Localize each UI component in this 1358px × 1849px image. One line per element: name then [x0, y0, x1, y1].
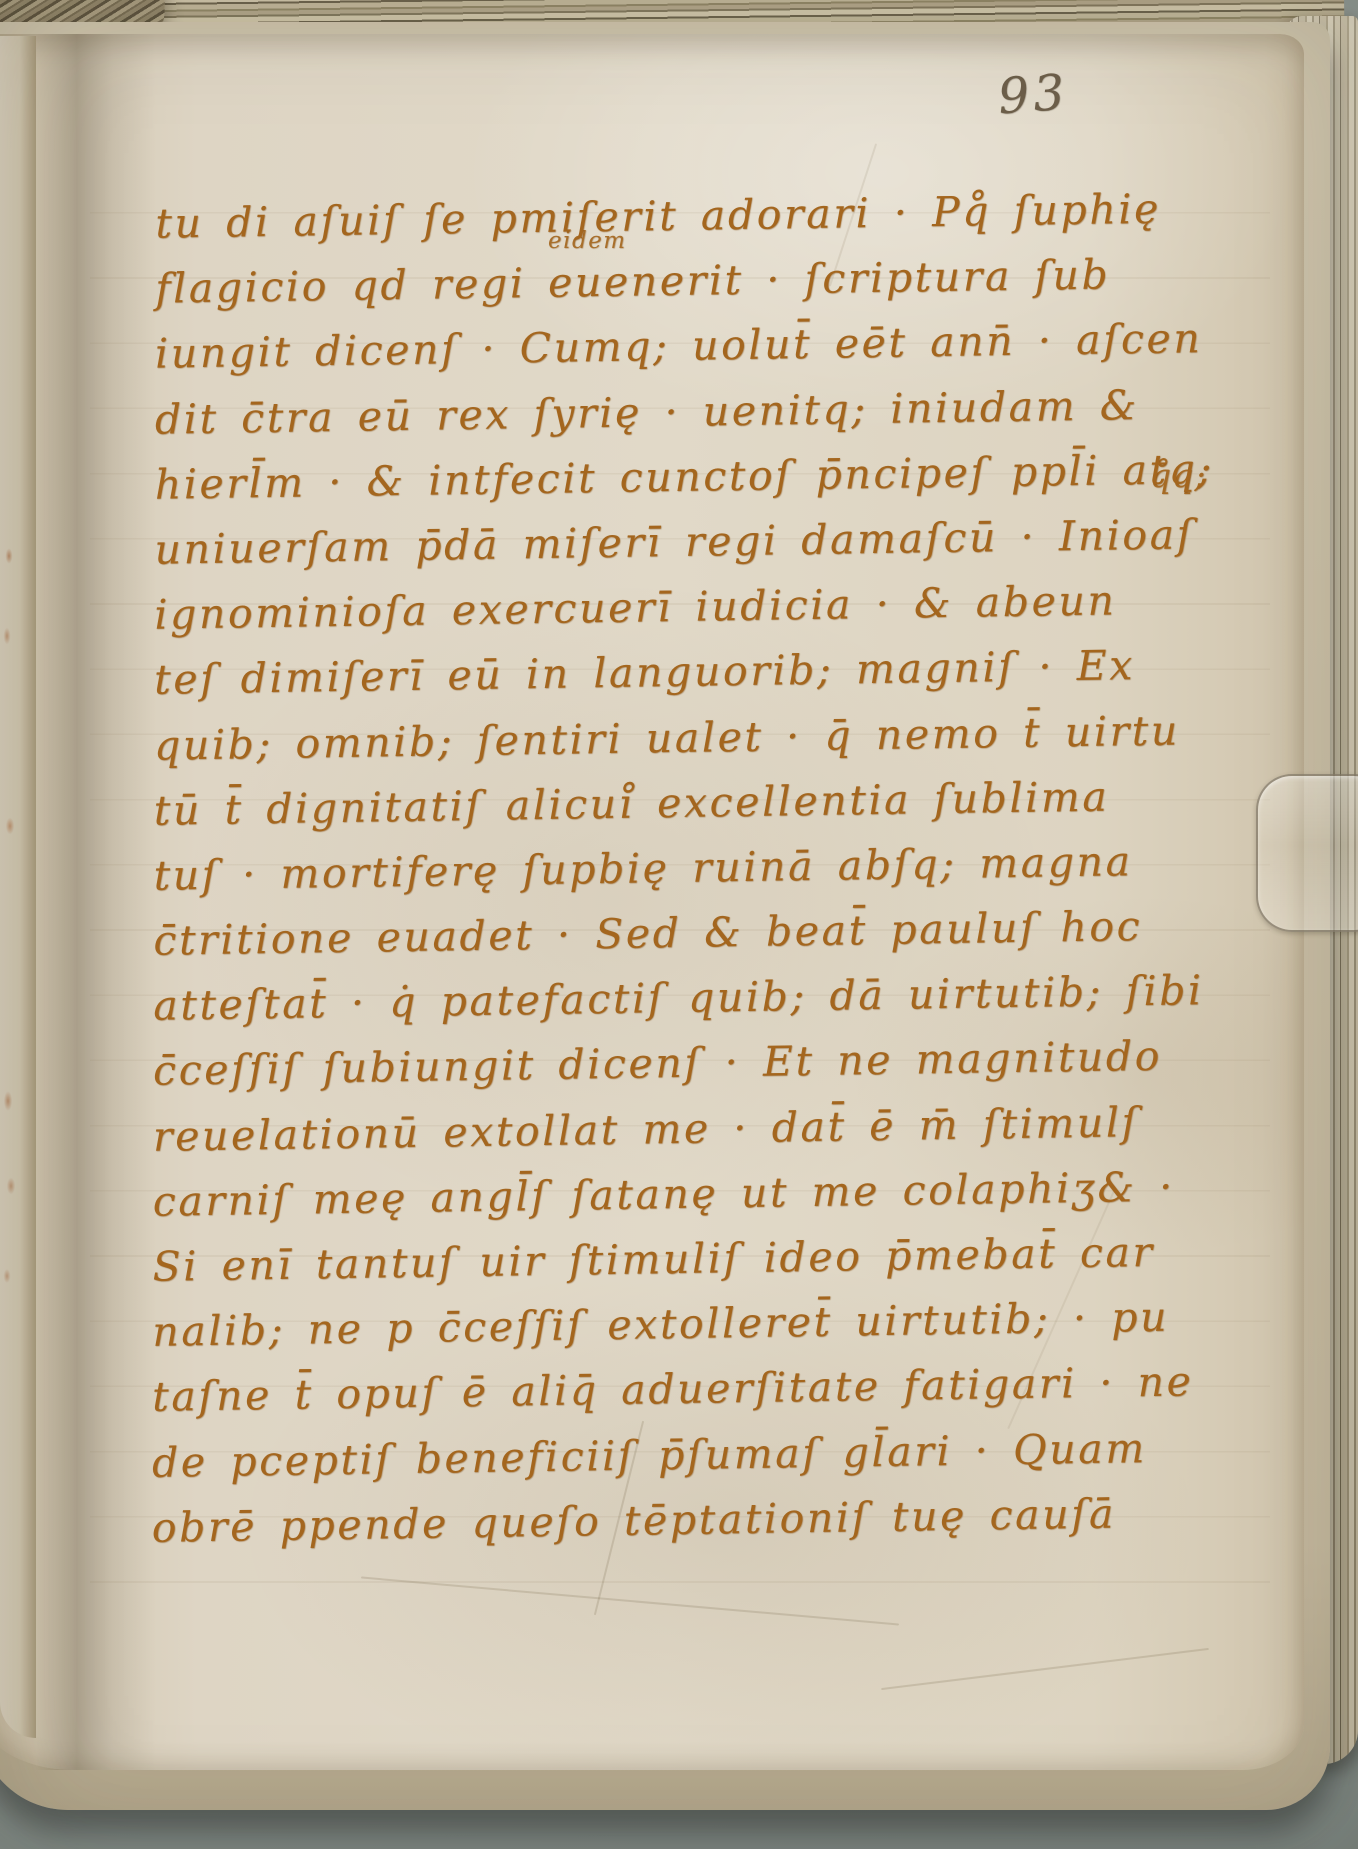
page-number: 93	[996, 64, 1070, 126]
manuscript-photo: 93 eidem q̊q; tu di aſuiſ ſe pmiſerit ad…	[0, 0, 1358, 1849]
page-marker-tab	[1256, 774, 1358, 932]
manuscript-text-block: tu di aſuiſ ſe pmiſerit adorari · Pq̊ ſu…	[132, 175, 1302, 1561]
previous-page-sliver	[0, 36, 36, 1738]
